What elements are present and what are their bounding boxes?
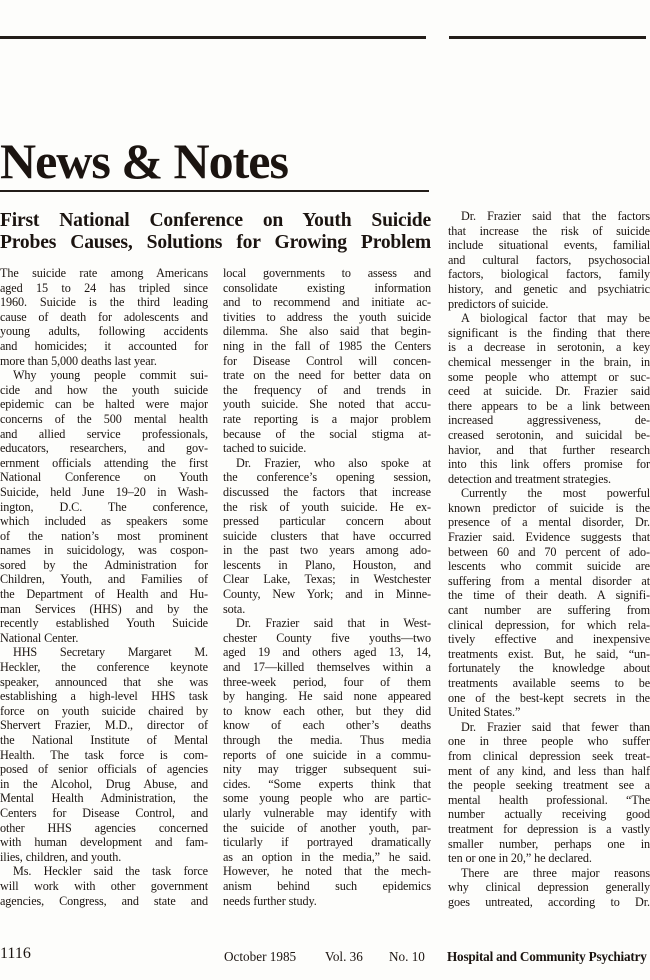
text-line: discussed the factors that increase [223,485,431,500]
text-line: one in three people who suffer [448,734,650,749]
text-line: youth suicide. She noted that accu- [223,397,431,412]
article-column-3: Dr. Frazier said that the factorsthat in… [448,209,650,910]
text-line: aged 15 to 24 has tripled since [0,281,208,296]
footer-page-number: 1116 [0,946,31,961]
top-rule-right [449,36,646,39]
text-line: Dr. Frazier said that in West- [223,616,431,631]
text-line: Ms. Heckler said the task force [0,864,208,879]
text-line: First National Conference on Youth Suici… [0,210,431,232]
text-line: ington, D.C. The conference, [0,500,208,515]
text-line: history, and genetic and psychiatric [448,282,650,297]
text-line: HHS Secretary Margaret M. [0,645,208,660]
text-line: mental health professional. “The [448,793,650,808]
text-line: one of the best-kept secrets in the [448,691,650,706]
text-line: smaller number, perhaps one in [448,837,650,852]
text-line: and homicides; it accounted for [0,339,208,354]
footer-number: No. 10 [389,949,425,964]
text-line: dilemma. She also said that begin- [223,324,431,339]
text-line: the National Institute of Mental [0,733,208,748]
text-line: more than 5,000 deaths last year. [0,354,208,369]
masthead-rule [0,190,429,192]
text-line: man Services (HHS) and by the [0,602,208,617]
text-line: Dr. Frazier said that fewer than [448,720,650,735]
text-line: the conference’s opening session, [223,470,431,485]
text-line: tively effective and inexpensive [448,632,650,647]
text-line: and to recommend and initiate ac- [223,295,431,310]
text-line: young adults, following accidents [0,324,208,339]
text-line: chemical messenger in the brain, in [448,355,650,370]
text-line: United States.” [448,705,650,720]
text-line: needs further study. [223,894,431,909]
text-line: because of the social stigma at- [223,427,431,442]
text-line: the suicide of another youth, par- [223,821,431,836]
section-masthead: News & Notes [0,136,288,186]
text-line: Frazier said. Evidence suggests that [448,530,650,545]
text-line: Why young people commit sui- [0,368,208,383]
footer-journal-title: Hospital and Community Psychiatry [447,949,647,964]
text-line: lescents in Plano, Houston, and [223,558,431,573]
text-line: there appears to be a link between [448,399,650,414]
text-line: some people who attempt or suc- [448,370,650,385]
text-line: some young people who are partic- [223,791,431,806]
text-line: Children, Youth, and Families of [0,572,208,587]
text-line: sota. [223,602,431,617]
text-line: National Center. [0,631,208,646]
text-line: cides. “Some experts think that [223,777,431,792]
text-line: know of each other’s deaths [223,718,431,733]
article-column-2: local governments to assess andconsolida… [223,266,431,908]
text-line: detection and treatment strategies. [448,472,650,487]
text-line: known predictor of suicide is the [448,501,650,516]
text-line: establishing a high-level HHS task [0,689,208,704]
text-line: Heckler, the conference keynote [0,660,208,675]
text-line: treatments available seems to be [448,676,650,691]
text-line: Shervert Frazier, M.D., director of [0,718,208,733]
text-line: three-week period, four of them [223,675,431,690]
text-line: However, he noted that the mech- [223,864,431,879]
text-line: County, New York; and in Minne- [223,587,431,602]
text-line: the people seeking treatment see a [448,778,650,793]
text-line: ularly vulnerable may identify with [223,806,431,821]
text-line: ticularly if portrayed dramatically [223,835,431,850]
text-line: agencies, Congress, and state and [0,894,208,909]
text-line: cause of death for adolescents and [0,310,208,325]
text-line: cant number are suffering from [448,603,650,618]
text-line: pressed particular concern about [223,514,431,529]
text-line: force on youth suicide chaired by [0,704,208,719]
text-line: concerns of the 500 mental health [0,412,208,427]
text-line: Suicide, held June 19–20 in Wash- [0,485,208,500]
text-line: suffering from a mental disorder at [448,574,650,589]
text-line: tached to suicide. [223,441,431,456]
text-line: the Department of Health and Hu- [0,587,208,602]
text-line: creased serotonin, and suicidal be- [448,428,650,443]
top-rule-left [0,36,426,39]
text-line: and allied service professionals, [0,427,208,442]
text-line: the time of their death. A signifi- [448,588,650,603]
text-line: trate on the need for better data on [223,368,431,383]
text-line: 1960. Suicide is the third leading [0,295,208,310]
text-line: why clinical depression generally [448,880,650,895]
text-line: Dr. Frazier said that the factors [448,209,650,224]
text-line: Centers for Disease Control, and [0,806,208,821]
text-line: Mental Health Administration, the [0,791,208,806]
text-line: suicide clusters that have occurred [223,529,431,544]
text-line: that increase the risk of suicide [448,224,650,239]
text-line: in the Alcohol, Drug Abuse, and [0,777,208,792]
text-line: treatment for depression is a vastly [448,822,650,837]
text-line: of the nation’s most prominent [0,529,208,544]
text-line: Probes Causes, Solutions for Growing Pro… [0,232,431,254]
text-line: Currently the most powerful [448,486,650,501]
text-line: reports of one suicide in a commu- [223,748,431,763]
article-headline: First National Conference on Youth Suici… [0,210,431,254]
text-line: Clear Lake, Texas; in Westchester [223,572,431,587]
text-line: speaker, announced that she was [0,675,208,690]
text-line: The suicide rate among Americans [0,266,208,281]
text-line: which included as speakers some [0,514,208,529]
text-line: ernment officials attending the first [0,456,208,471]
text-line: National Conference on Youth [0,470,208,485]
text-line: consolidate existing information [223,281,431,296]
text-line: the risk of youth suicide. He ex- [223,500,431,515]
text-line: ten or one in 20,” he declared. [448,851,650,866]
text-line: cide and how the youth suicide [0,383,208,398]
text-line: increased aggressiveness, de- [448,413,650,428]
text-line: and 17—killed themselves within a [223,660,431,675]
text-line: ment of any kind, and less than half [448,764,650,779]
text-line: to know each other, but they did [223,704,431,719]
text-line: factors, biological factors, family [448,267,650,282]
text-line: as an option in the media,” he said. [223,850,431,865]
text-line: chester County five youths—two [223,631,431,646]
text-line: the frequency of and trends in [223,383,431,398]
text-line: treatments exist. But, he said, “un- [448,647,650,662]
text-line: in the past two years among ado- [223,543,431,558]
text-line: predictors of suicide. [448,297,650,312]
text-line: anism behind such epidemics [223,879,431,894]
text-line: sored by the Administration for [0,558,208,573]
text-line: tivities to address the youth suicide [223,310,431,325]
text-line: ilies, children, and youth. [0,850,208,865]
text-line: ceed at suicide. Dr. Frazier said [448,384,650,399]
journal-page: News & Notes First National Conference o… [0,0,650,980]
text-line: names in suicidology, was cospon- [0,543,208,558]
text-line: with human development and fam- [0,835,208,850]
article-column-1: The suicide rate among Americansaged 15 … [0,266,208,908]
text-line: local governments to assess and [223,266,431,281]
text-line: lescents who commit suicide are [448,559,650,574]
text-line: by hanging. He said none appeared [223,689,431,704]
text-line: clinical depression, for which rela- [448,618,650,633]
text-line: fortunately the knowledge about [448,661,650,676]
text-line: include situational events, familial [448,238,650,253]
text-line: other HHS agencies concerned [0,821,208,836]
text-line: havior, and that further research [448,443,650,458]
text-line: ning in the fall of 1985 the Centers [223,339,431,354]
text-line: recently established Youth Suicide [0,616,208,631]
text-line: will work with other government [0,879,208,894]
text-line: educators, researchers, and gov- [0,441,208,456]
text-line: into this link offers promise for [448,457,650,472]
text-line: epidemic can be halted were major [0,397,208,412]
text-line: from clinical depression seek treat- [448,749,650,764]
text-line: number actually receiving good [448,807,650,822]
text-line: aged 19 and others aged 13, 14, [223,645,431,660]
text-line: is a decrease in serotonin, a key [448,340,650,355]
text-line: presence of a mental disorder, Dr. [448,515,650,530]
text-line: posed of senior officials of agencies [0,762,208,777]
text-line: A biological factor that may be [448,311,650,326]
text-line: There are three major reasons [448,866,650,881]
footer-volume: Vol. 36 [325,949,363,964]
text-line: Dr. Frazier, who also spoke at [223,456,431,471]
footer-issue-date: October 1985 [224,949,296,964]
text-line: goes untreated, according to Dr. [448,895,650,910]
text-line: between 60 and 70 percent of ado- [448,545,650,560]
text-line: significant is the finding that there [448,326,650,341]
text-line: rate reporting is a major problem [223,412,431,427]
text-line: and cultural factors, psychosocial [448,253,650,268]
text-line: nity may trigger subsequent sui- [223,762,431,777]
text-line: through the media. Thus media [223,733,431,748]
text-line: Health. The task force is com- [0,748,208,763]
text-line: for Disease Control will concen- [223,354,431,369]
